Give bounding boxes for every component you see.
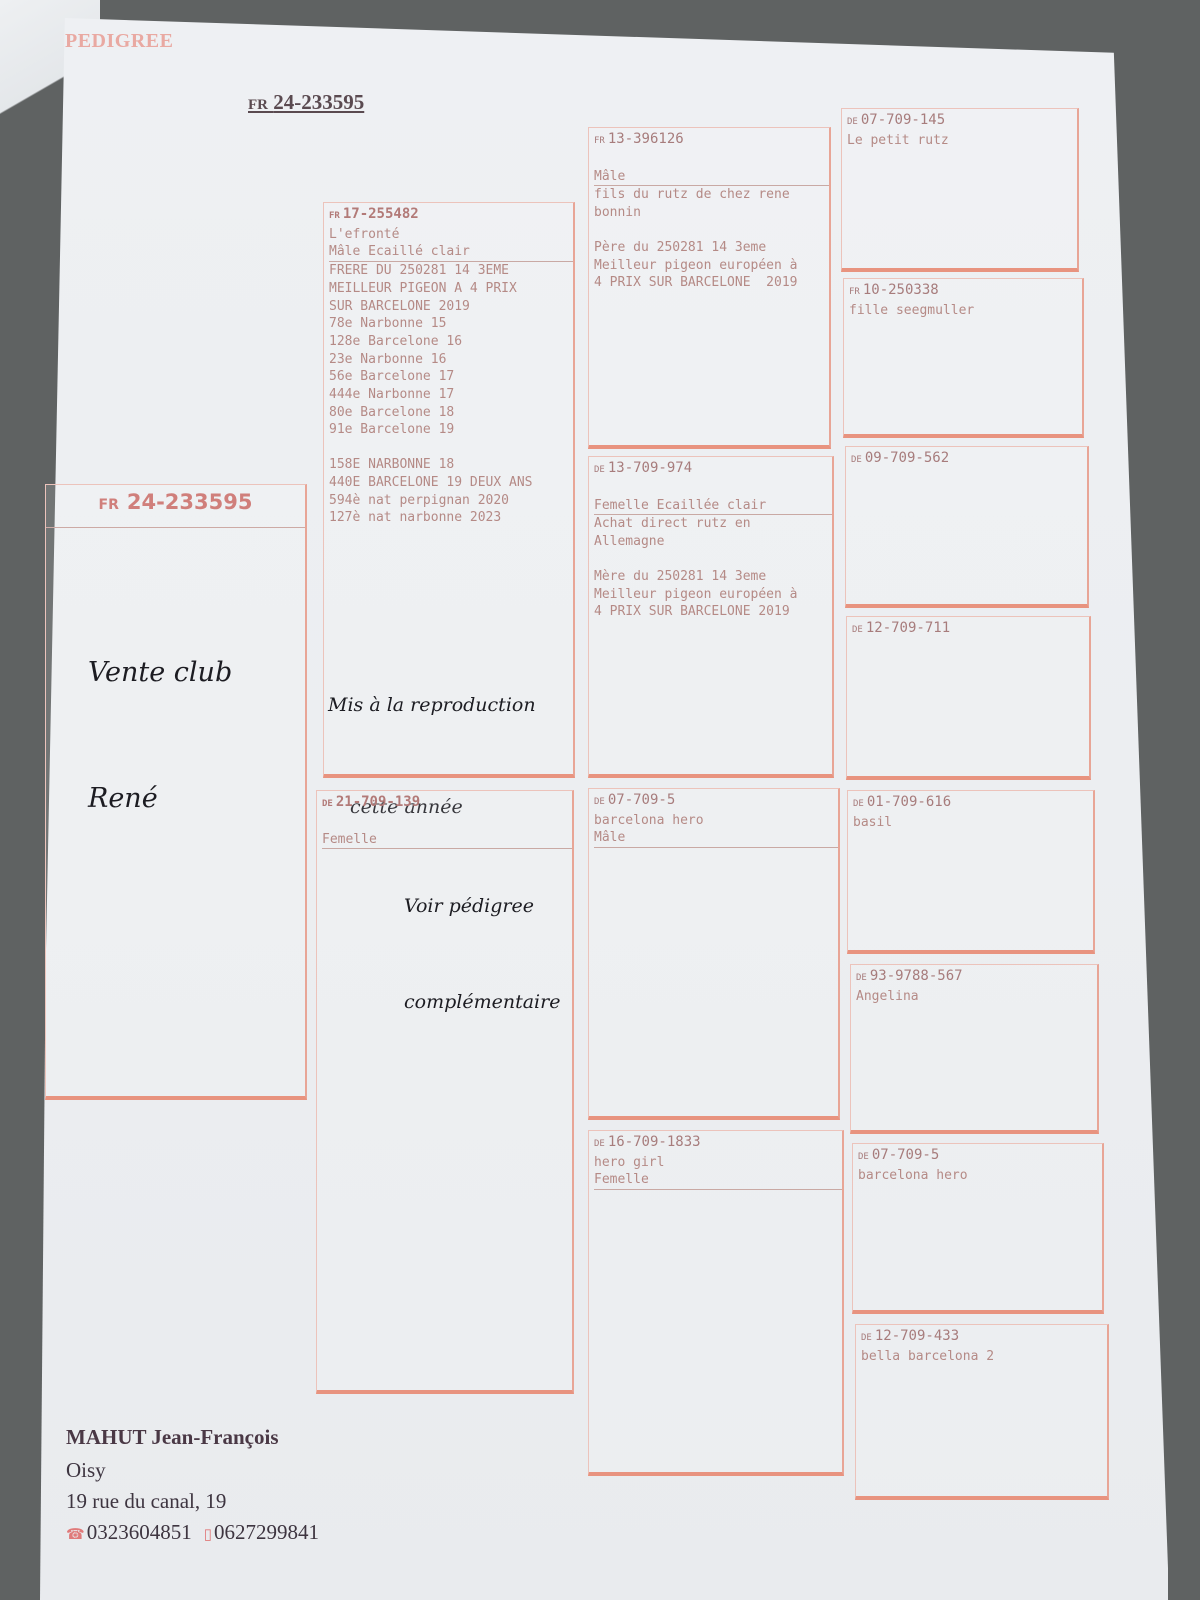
note-line: 23e Narbonne 16 <box>329 351 568 369</box>
sire-name: L'efronté <box>329 226 568 244</box>
owner-address: 19 rue du canal, 19 <box>66 1489 319 1514</box>
ring-country: DE <box>858 1152 869 1162</box>
sire-sire-ring: FR13-396126 <box>594 131 824 151</box>
note-line: Meilleur pigeon européen à <box>594 257 824 275</box>
telephone-icon: ☎ <box>66 1527 85 1543</box>
divider <box>46 527 305 528</box>
spacer <box>594 151 824 168</box>
subject-ring: FR24-233595 <box>51 488 300 515</box>
note-line: bonnin <box>594 204 824 222</box>
ring-country: DE <box>594 1139 605 1149</box>
note-line: 128e Barcelone 16 <box>329 333 568 351</box>
owner-name: MAHUT Jean-François <box>66 1425 319 1450</box>
gg-ring: DE12-709-433 <box>861 1328 1102 1348</box>
note-line: 56e Barcelone 17 <box>329 368 568 386</box>
gg-ring: DE07-709-145 <box>847 112 1072 132</box>
handwritten-note-dam: Voir pédigree complémentaire <box>404 826 560 1050</box>
subject-ring-country: FR <box>99 497 119 513</box>
gg-ring: DE07-709-5 <box>858 1147 1097 1167</box>
note-line: Père du 250281 14 3eme <box>594 239 824 257</box>
spacer <box>594 551 827 568</box>
sire-dam-sex-color: Femelle Ecaillée clair <box>594 497 832 516</box>
ring-country: DE <box>853 799 864 809</box>
ring-country: FR <box>594 136 605 146</box>
dam-sire-box: DE07-709-5 barcelona hero Mâle <box>588 788 840 1120</box>
ring-country: DE <box>861 1333 872 1343</box>
spacer <box>329 439 568 456</box>
sire-ring-value: 17-255482 <box>343 206 419 222</box>
note-line: 440E BARCELONE 19 DEUX ANS <box>329 474 568 492</box>
handwritten-line: René <box>88 778 232 820</box>
ring-value: 07-709-5 <box>872 1147 939 1163</box>
ring-value: 01-709-616 <box>867 794 951 810</box>
dam-sire-ring: DE07-709-5 <box>594 792 833 812</box>
note-line: 4 PRIX SUR BARCELONE 2019 <box>594 274 824 292</box>
ring-value: 07-709-145 <box>861 112 945 128</box>
handwritten-line: Mis à la reproduction <box>328 688 536 722</box>
dam-sire-name: barcelona hero <box>594 812 833 830</box>
sire-notes: FRERE DU 250281 14 3EME MEILLEUR PIGEON … <box>329 262 568 527</box>
note-line: SUR BARCELONE 2019 <box>329 298 568 316</box>
ring-country: DE <box>851 455 862 465</box>
gg-ring: DE93-9788-567 <box>856 968 1092 988</box>
owner-phones: ☎0323604851 ▯0627299841 <box>66 1520 319 1545</box>
gg-box-1: DE07-709-145 Le petit rutz <box>841 108 1079 272</box>
dam-dam-box: DE16-709-1833 hero girl Femelle <box>588 1130 844 1476</box>
gg-box-4: DE12-709-711 <box>846 616 1091 780</box>
note-line: Meilleur pigeon européen à <box>594 586 827 604</box>
ring-country: DE <box>847 117 858 127</box>
pedigree-title: PEDIGREE <box>65 30 173 53</box>
subject-ring-value: 24-233595 <box>127 490 253 514</box>
handwritten-line: Voir pédigree <box>404 890 560 922</box>
note-line: 127è nat narbonne 2023 <box>329 509 568 527</box>
gg-box-5: DE01-709-616 basil <box>847 790 1095 954</box>
gg-name: Angelina <box>856 988 1092 1006</box>
ring-value: 13-396126 <box>608 131 684 147</box>
sire-sex-color: Mâle Ecaillé clair <box>329 243 573 262</box>
note-line: 158E NARBONNE 18 <box>329 456 568 474</box>
gg-ring: DE01-709-616 <box>853 794 1088 814</box>
note-line: 78e Narbonne 15 <box>329 315 568 333</box>
owner-info: MAHUT Jean-François Oisy 19 rue du canal… <box>66 1425 319 1545</box>
gg-box-2: FR10-250338 fille seegmuller <box>843 278 1084 438</box>
gg-name: basil <box>853 814 1088 832</box>
dam-ring-country: DE <box>322 799 333 809</box>
ring-value: 93-9788-567 <box>870 968 963 984</box>
mobile-entry: ▯0627299841 <box>204 1520 319 1545</box>
phone-number: 0323604851 <box>87 1520 192 1544</box>
gg-name: bella barcelona 2 <box>861 1348 1102 1366</box>
ring-country: DE <box>856 973 867 983</box>
ring-country: DE <box>594 797 605 807</box>
sire-ring: FR17-255482 <box>329 206 568 226</box>
handwritten-line: Vente club <box>88 652 232 694</box>
spacer <box>594 480 827 497</box>
note-line: 80e Barcelone 18 <box>329 404 568 422</box>
ring-country: DE <box>594 465 605 475</box>
ring-value: 12-709-433 <box>875 1328 959 1344</box>
ring-value: 12-709-711 <box>866 620 950 636</box>
handwritten-line: complémentaire <box>404 986 560 1018</box>
gg-box-7: DE07-709-5 barcelona hero <box>852 1143 1104 1314</box>
dam-sire-sex: Mâle <box>594 829 838 848</box>
ring-value: 07-709-5 <box>608 792 675 808</box>
gg-ring: DE12-709-711 <box>852 620 1084 640</box>
sire-sire-box: FR13-396126 Mâle fils du rutz de chez re… <box>588 127 831 449</box>
gg-box-8: DE12-709-433 bella barcelona 2 <box>855 1324 1109 1500</box>
note-line: Mère du 250281 14 3eme <box>594 568 827 586</box>
ring-value: 16-709-1833 <box>608 1134 701 1150</box>
gg-name: Le petit rutz <box>847 132 1072 150</box>
main-ring-value: 24-233595 <box>273 90 364 114</box>
gg-box-3: DE09-709-562 <box>845 446 1089 608</box>
dam-ring: DE21-709-139 <box>322 794 567 814</box>
dam-dam-name: hero girl <box>594 1154 837 1172</box>
dam-ring-value: 21-709-139 <box>336 794 420 810</box>
phone-entry: ☎0323604851 <box>66 1520 192 1545</box>
note-line: Achat direct rutz en <box>594 515 827 533</box>
ring-country: FR <box>849 287 860 297</box>
mobile-number: 0627299841 <box>214 1520 319 1544</box>
note-line: 91e Barcelone 19 <box>329 421 568 439</box>
note-line: 594è nat perpignan 2020 <box>329 492 568 510</box>
ring-value: 09-709-562 <box>865 450 949 466</box>
sire-sire-sex: Mâle <box>594 168 829 187</box>
gg-ring: FR10-250338 <box>849 282 1077 302</box>
note-line: 444e Narbonne 17 <box>329 386 568 404</box>
gg-name: fille seegmuller <box>849 302 1077 320</box>
note-line: 4 PRIX SUR BARCELONE 2019 <box>594 603 827 621</box>
dam-dam-ring: DE16-709-1833 <box>594 1134 837 1154</box>
gg-ring: DE09-709-562 <box>851 450 1082 470</box>
ring-value: 13-709-974 <box>608 460 692 476</box>
spacer <box>594 222 824 239</box>
note-line: fils du rutz de chez rene <box>594 186 824 204</box>
dam-dam-sex: Femelle <box>594 1171 842 1190</box>
main-ring-number: FR 24-233595 <box>248 90 364 115</box>
mobile-phone-icon: ▯ <box>204 1527 212 1543</box>
ring-country: DE <box>852 625 863 635</box>
main-ring-country: FR <box>248 97 268 113</box>
sire-ring-country: FR <box>329 211 340 221</box>
ring-value: 10-250338 <box>863 282 939 298</box>
owner-city: Oisy <box>66 1458 319 1483</box>
handwritten-note-subject: Vente club René <box>88 568 232 862</box>
note-line: Allemagne <box>594 533 827 551</box>
sire-dam-ring: DE13-709-974 <box>594 460 827 480</box>
gg-box-6: DE93-9788-567 Angelina <box>850 964 1099 1134</box>
sire-dam-box: DE13-709-974 Femelle Ecaillée clair Acha… <box>588 456 834 778</box>
gg-name: barcelona hero <box>858 1167 1097 1185</box>
note-line: MEILLEUR PIGEON A 4 PRIX <box>329 280 568 298</box>
note-line: FRERE DU 250281 14 3EME <box>329 262 568 280</box>
